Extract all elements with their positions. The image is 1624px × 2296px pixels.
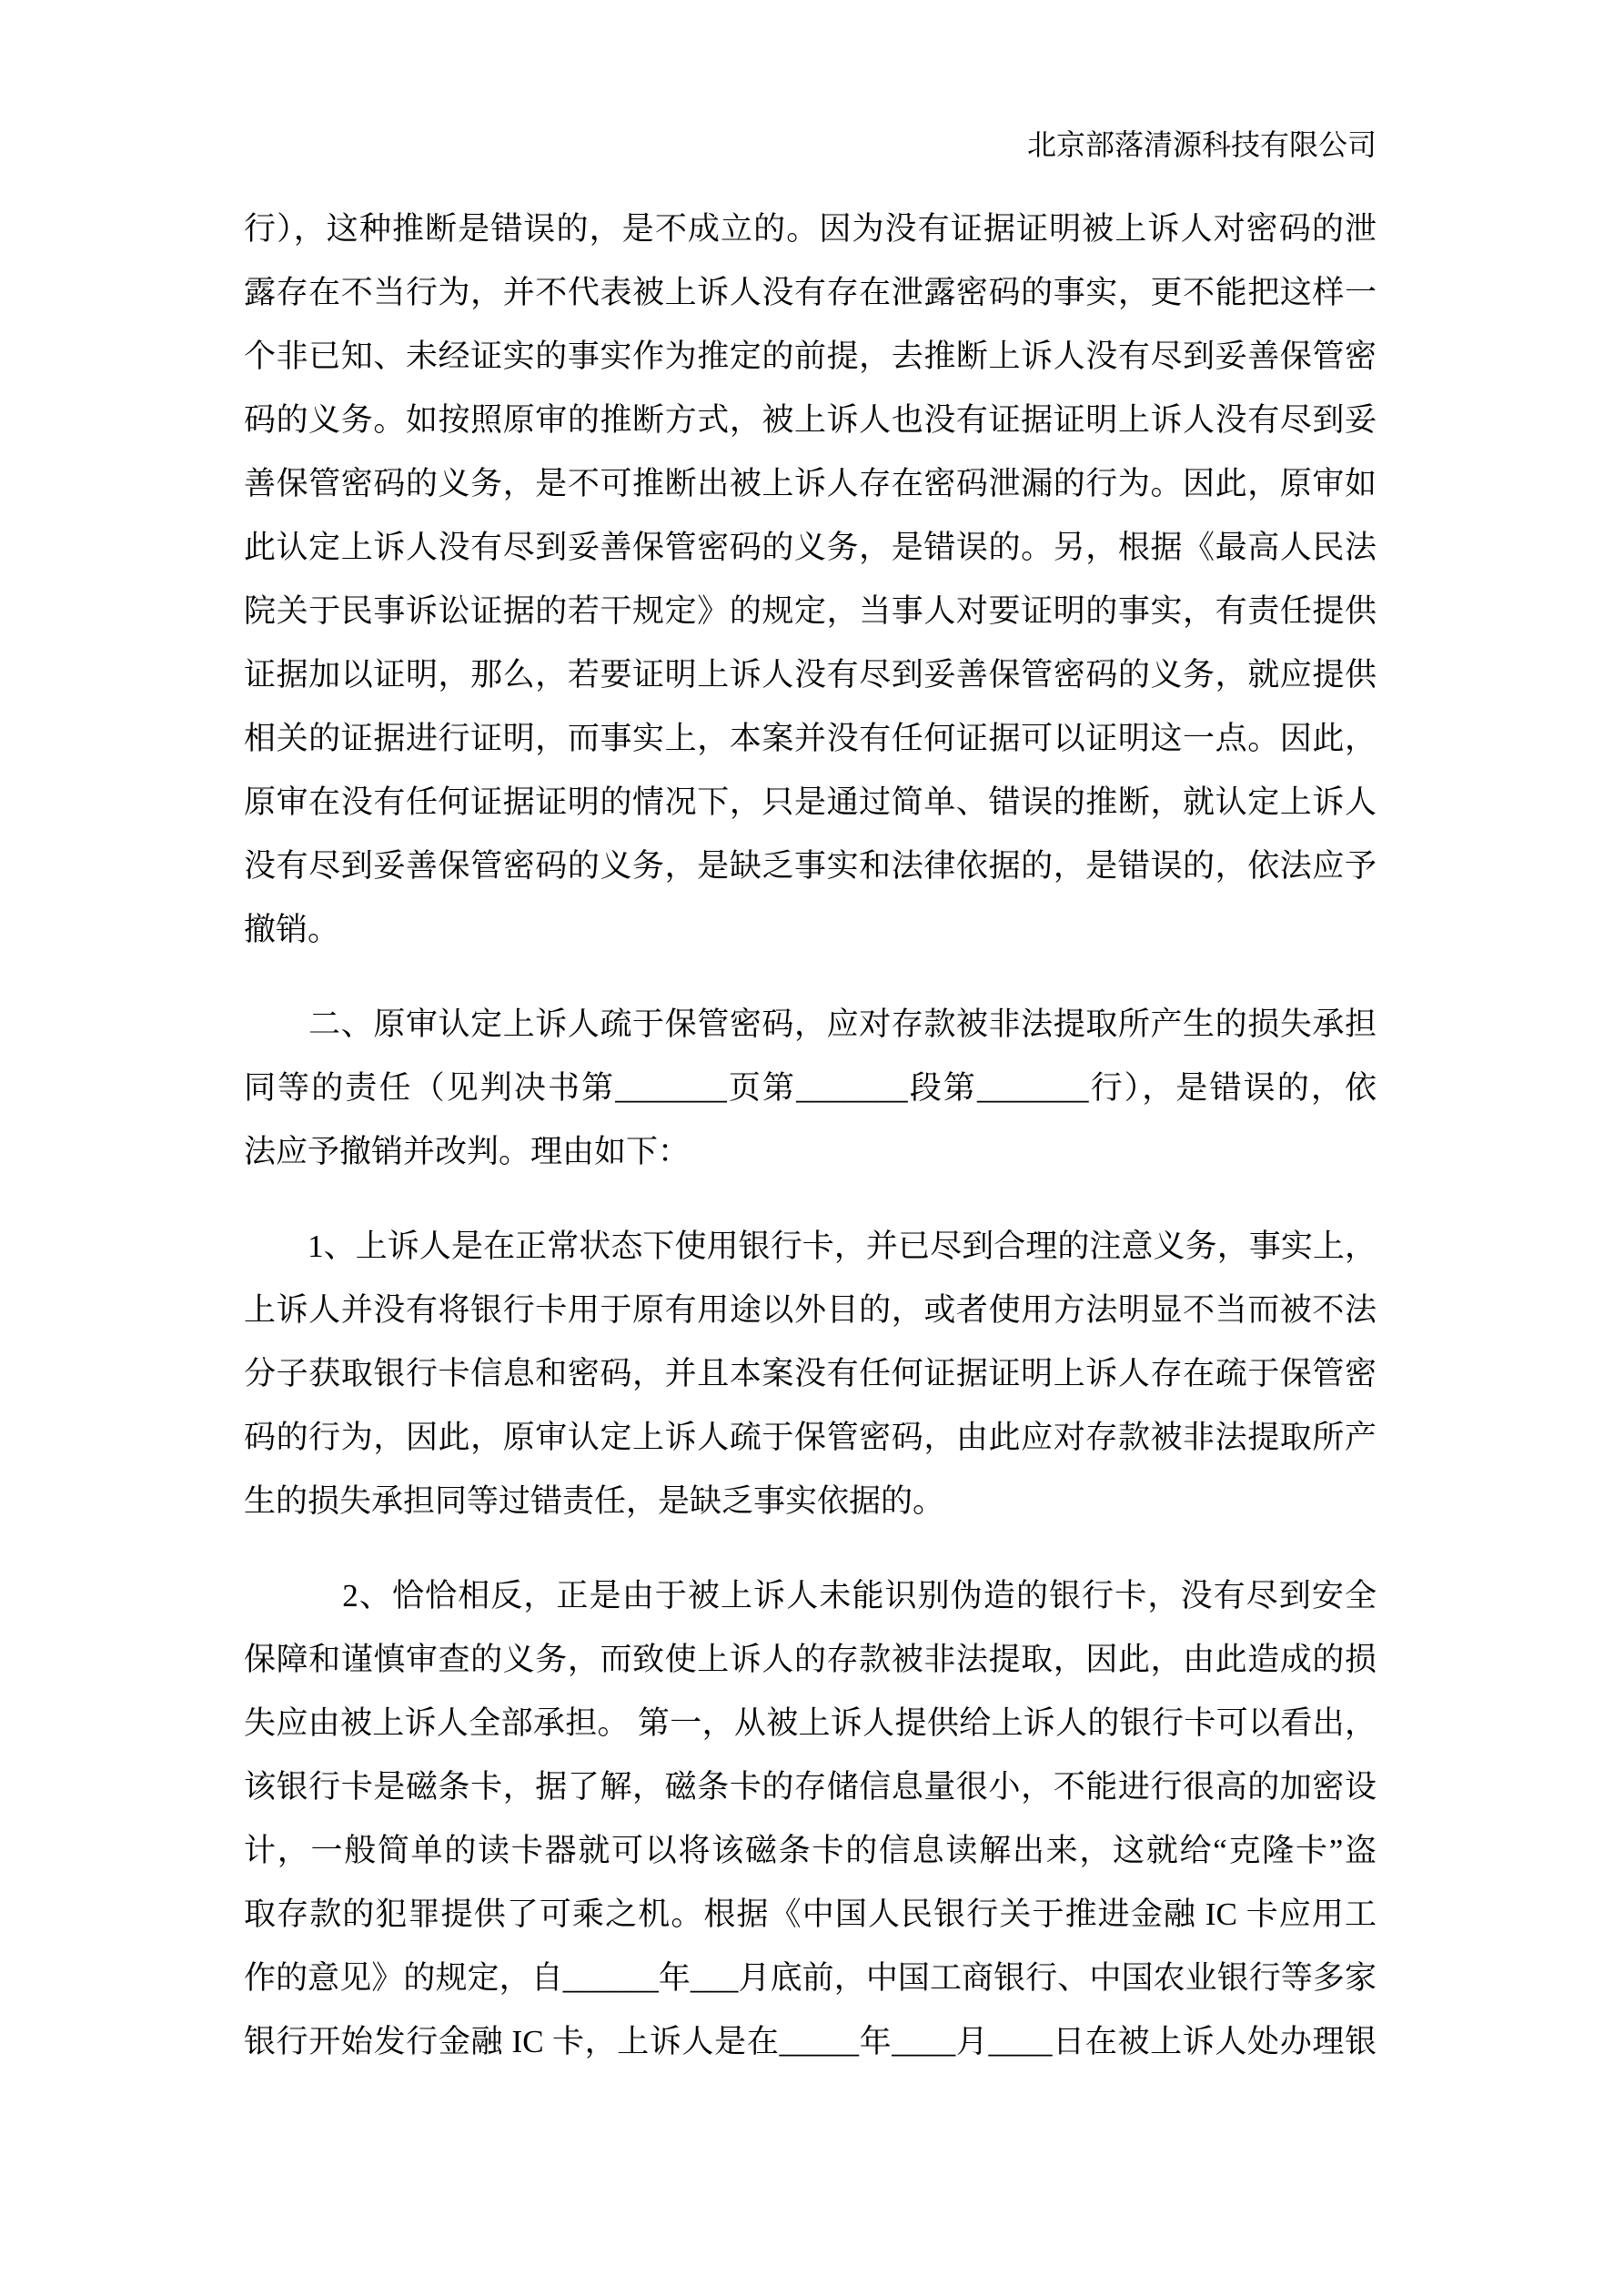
text-line: 原审在没有任何证据证明的情况下，只是通过简单、错误的推断，就认定上诉人 (244, 771, 1377, 834)
text-line: 失应由被上诉人全部承担。 第一，从被上诉人提供给上诉人的银行卡可以看出， (244, 1692, 1377, 1755)
paragraph: 二、原审认定上诉人疏于保管密码，应对存款被非法提取所产生的损失承担同等的责任（见… (244, 993, 1377, 1184)
text-line: 法应予撤销并改判。理由如下： (244, 1120, 1377, 1184)
text-line: 1、上诉人是在正常状态下使用银行卡，并已尽到合理的注意义务，事实上， (244, 1215, 1377, 1279)
text-line: 此认定上诉人没有尽到妥善保管密码的义务，是错误的。另，根据《最高人民法 (244, 516, 1377, 580)
text-line: 个非已知、未经证实的事实作为推定的前提，去推断上诉人没有尽到妥善保管密 (244, 325, 1377, 389)
document-page: 北京部落清源科技有限公司 行），这种推断是错误的，是不成立的。因为没有证据证明被… (0, 0, 1624, 2296)
document-body: 行），这种推断是错误的，是不成立的。因为没有证据证明被上诉人对密码的泄露存在不当… (244, 197, 1377, 2074)
text-line: 没有尽到妥善保管密码的义务，是缺乏事实和法律依据的，是错误的，依法应予 (244, 834, 1377, 898)
text-line: 相关的证据进行证明，而事实上，本案并没有任何证据可以证明这一点。因此， (244, 707, 1377, 771)
text-line: 计，一般简单的读卡器就可以将该磁条卡的信息读解出来，这就给“克隆卡”盗 (244, 1819, 1377, 1883)
text-line: 银行开始发行金融 IC 卡，上诉人是在_____年____月____日在被上诉人… (244, 2010, 1377, 2074)
text-line: 生的损失承担同等过错责任，是缺乏事实依据的。 (244, 1470, 1377, 1533)
text-line: 上诉人并没有将银行卡用于原有用途以外目的，或者使用方法明显不当而被不法 (244, 1279, 1377, 1342)
paragraph: 2、恰恰相反，正是由于被上诉人未能识别伪造的银行卡，没有尽到安全保障和谨慎审查的… (244, 1564, 1377, 2074)
text-line: 善保管密码的义务，是不可推断出被上诉人存在密码泄漏的行为。因此，原审如 (244, 452, 1377, 516)
text-line: 撤销。 (244, 898, 1377, 962)
text-line: 码的行为，因此，原审认定上诉人疏于保管密码，由此应对存款被非法提取所产 (244, 1406, 1377, 1470)
text-line: 二、原审认定上诉人疏于保管密码，应对存款被非法提取所产生的损失承担 (244, 993, 1377, 1057)
paragraph: 1、上诉人是在正常状态下使用银行卡，并已尽到合理的注意义务，事实上，上诉人并没有… (244, 1215, 1377, 1533)
paragraph: 行），这种推断是错误的，是不成立的。因为没有证据证明被上诉人对密码的泄露存在不当… (244, 197, 1377, 962)
text-line: 行），这种推断是错误的，是不成立的。因为没有证据证明被上诉人对密码的泄 (244, 197, 1377, 261)
text-line: 2、恰恰相反，正是由于被上诉人未能识别伪造的银行卡，没有尽到安全 (244, 1564, 1377, 1628)
company-header: 北京部落清源科技有限公司 (244, 0, 1377, 163)
text-line: 保障和谨慎审查的义务，而致使上诉人的存款被非法提取，因此，由此造成的损 (244, 1628, 1377, 1692)
text-line: 码的义务。如按照原审的推断方式，被上诉人也没有证据证明上诉人没有尽到妥 (244, 389, 1377, 452)
text-line: 露存在不当行为，并不代表被上诉人没有存在泄露密码的事实，更不能把这样一 (244, 261, 1377, 325)
text-line: 证据加以证明，那么，若要证明上诉人没有尽到妥善保管密码的义务，就应提供 (244, 643, 1377, 707)
text-line: 院关于民事诉讼证据的若干规定》的规定，当事人对要证明的事实，有责任提供 (244, 580, 1377, 643)
text-line: 同等的责任（见判决书第_______页第_______段第_______行），是… (244, 1057, 1377, 1120)
text-line: 分子获取银行卡信息和密码，并且本案没有任何证据证明上诉人存在疏于保管密 (244, 1342, 1377, 1406)
text-line: 该银行卡是磁条卡，据了解，磁条卡的存储信息量很小，不能进行很高的加密设 (244, 1755, 1377, 1819)
text-line: 取存款的犯罪提供了可乘之机。根据《中国人民银行关于推进金融 IC 卡应用工 (244, 1883, 1377, 1947)
text-line: 作的意见》的规定，自______年___月底前，中国工商银行、中国农业银行等多家 (244, 1947, 1377, 2010)
